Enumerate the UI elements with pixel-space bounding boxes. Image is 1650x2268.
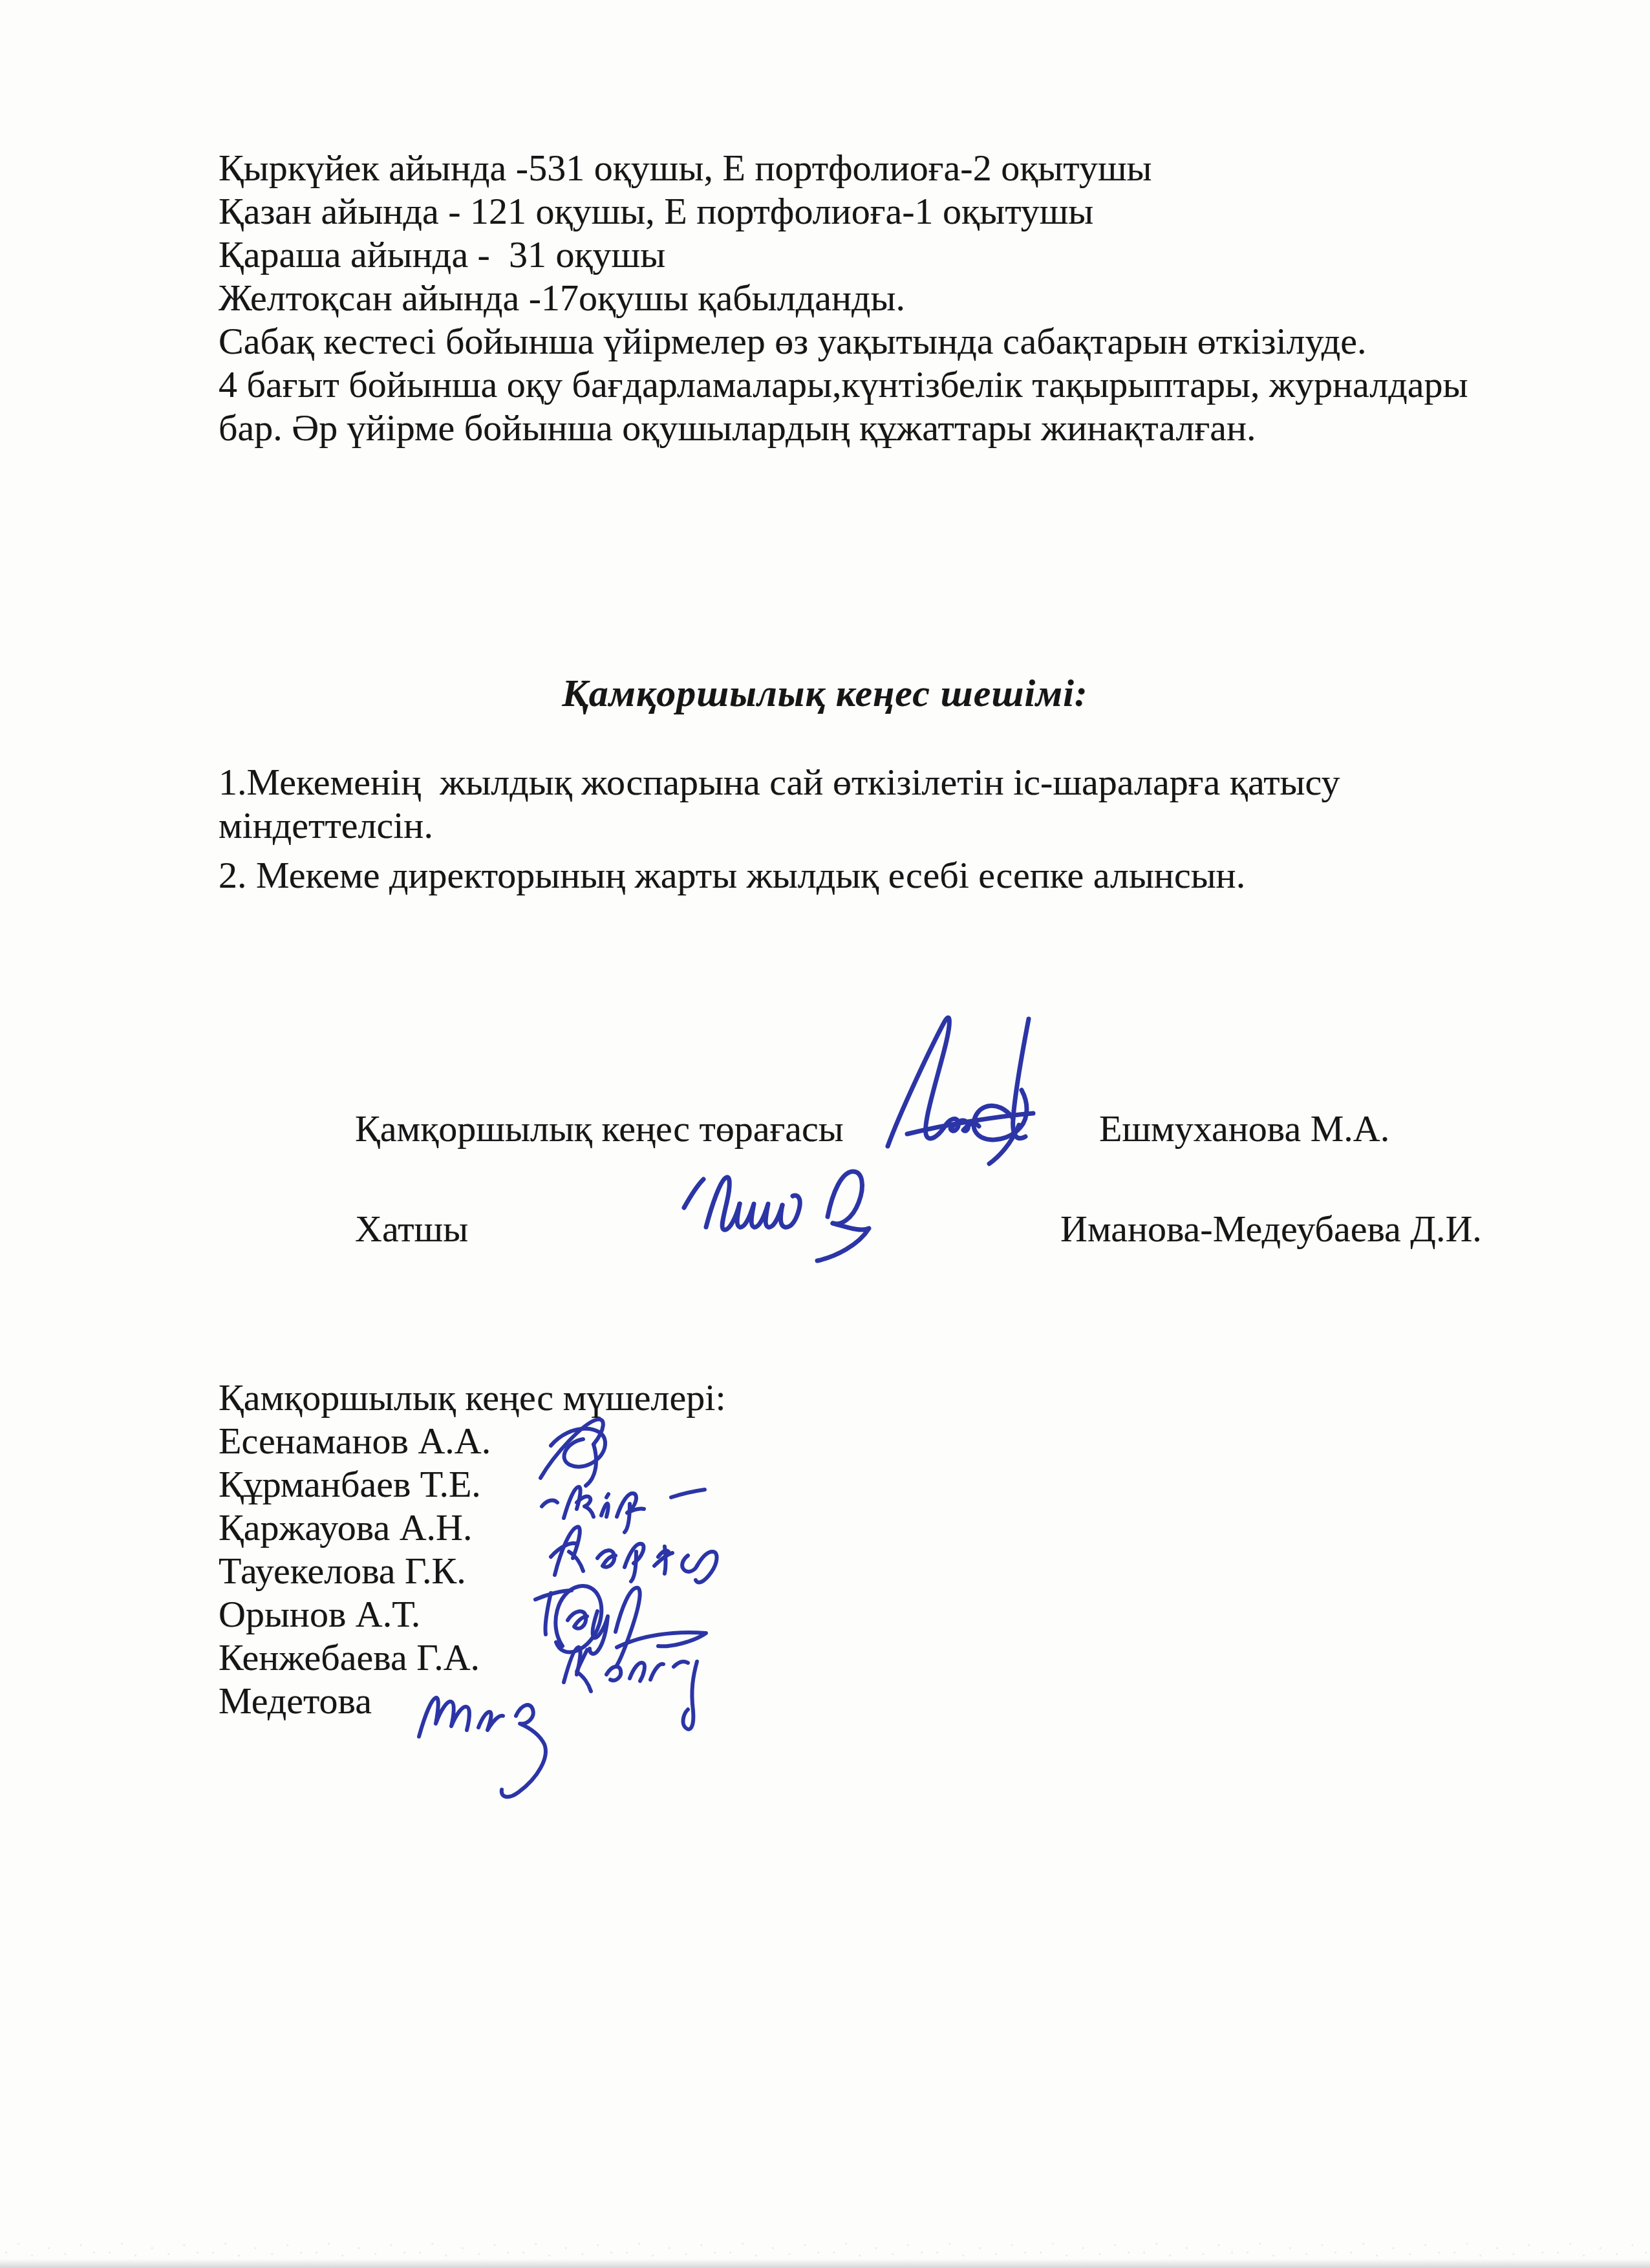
decision-item-line: 2. Мекеме директорының жарты жылдық есеб… — [219, 853, 1340, 897]
report-line: Желтоқсан айында -17оқушы қабылданды. — [219, 276, 1468, 319]
signature-stroke-group — [684, 1171, 869, 1261]
decision-heading: Қамқоршылық кеңес шешімі: — [0, 671, 1650, 716]
decision-list: 1.Мекеменің жылдық жоспарына сай өткізіл… — [219, 760, 1340, 897]
report-line: Қараша айында - 31 оқушы — [219, 233, 1468, 276]
report-line: Сабақ кестесі бойынша үйірмелер өз уақыт… — [219, 319, 1468, 363]
scan-noise-bottom-edge — [0, 2259, 1650, 2268]
secretary-name: Иманова-Медеубаева Д.И. — [1060, 1207, 1482, 1250]
report-line: 4 бағыт бойынша оқу бағдарламалары,күнті… — [219, 363, 1468, 406]
secretary-role-label: Хатшы — [355, 1207, 468, 1250]
decision-item-line: 1.Мекеменің жылдық жоспарына сай өткізіл… — [219, 760, 1340, 804]
chairman-signature — [872, 1007, 1046, 1169]
report-line: Қазан айында - 121 оқушы, Е портфолиоға-… — [219, 189, 1468, 233]
scanned-document-page: Қыркүйек айында -531 оқушы, Е портфолиоғ… — [0, 0, 1650, 2268]
report-line: Қыркүйек айында -531 оқушы, Е портфолиоғ… — [219, 146, 1468, 189]
report-line: бар. Әр үйірме бойынша оқушылардың құжат… — [219, 406, 1468, 449]
signature-stroke-group — [888, 1018, 1033, 1164]
signature-stroke-group — [419, 1698, 546, 1797]
scan-noise-speckle — [0, 2232, 1650, 2262]
chairman-name: Ешмуханова М.А. — [1099, 1107, 1389, 1150]
member-signature-medetova — [406, 1673, 619, 1803]
decision-item-line: міндеттелсін. — [219, 804, 1340, 847]
chairman-role-label: Қамқоршылық кеңес төрағасы — [355, 1107, 844, 1150]
secretary-signature — [672, 1162, 886, 1272]
report-paragraph: Қыркүйек айында -531 оқушы, Е портфолиоғ… — [219, 146, 1468, 449]
members-heading: Қамқоршылық кеңес мүшелері: — [219, 1376, 726, 1419]
member-name: Есенаманов А.А. — [219, 1419, 726, 1462]
